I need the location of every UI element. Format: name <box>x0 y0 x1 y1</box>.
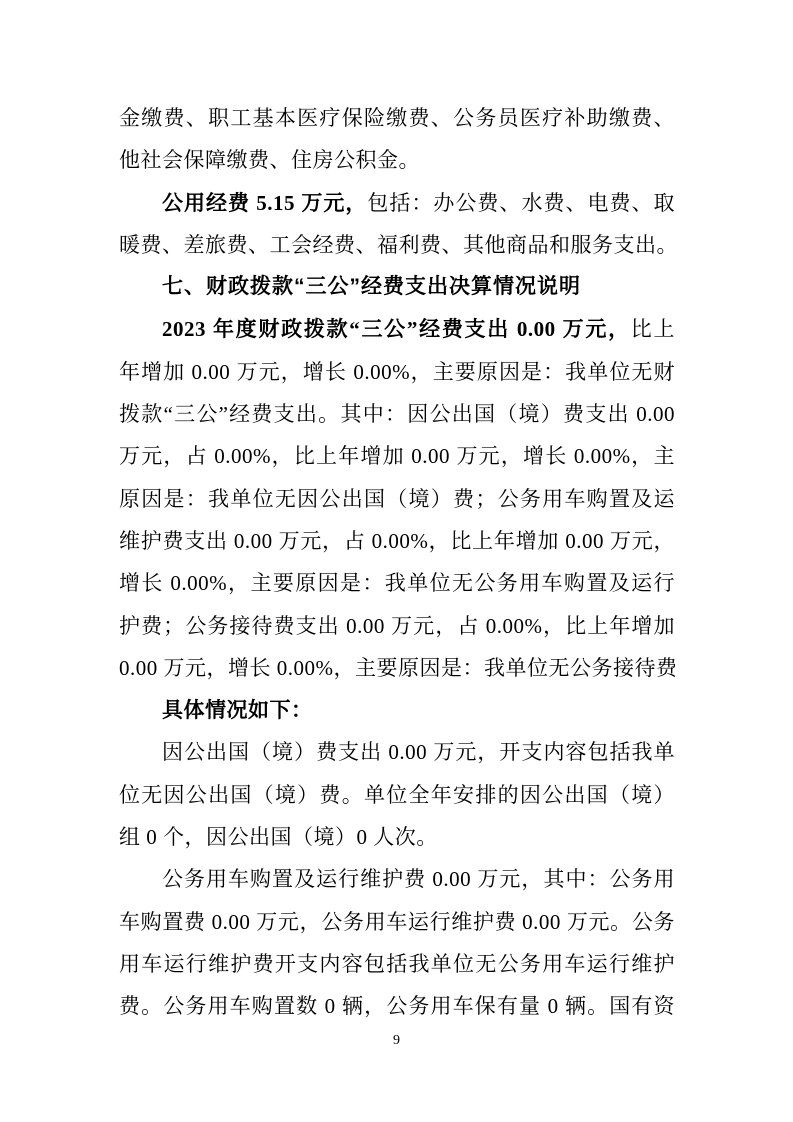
text-run: 年增加 0.00 万元，增长 0.00%，主要原因是：我单位无财政 <box>119 360 675 393</box>
document-line: 0.00 万元，增长 0.00%，主要原因是：我单位无公务接待费。 <box>119 647 675 689</box>
document-page: 金缴费、职工基本医疗保险缴费、公务员医疗补助缴费、其他社会保障缴费、住房公积金。… <box>0 0 793 1122</box>
text-run: 0.00 万元，增长 0.00%，主要原因是：我单位无公务接待费。 <box>119 656 675 680</box>
document-line: 位无因公出国（境）费。单位全年安排的因公出国（境）团 <box>119 774 675 816</box>
text-run: 护费；公务接待费支出 0.00 万元，占 0.00%，比上年增加 <box>119 614 675 638</box>
text-run: 因公出国（境）费支出 0.00 万元，开支内容包括我单 <box>162 740 675 764</box>
text-run: 具体情况如下： <box>162 698 313 722</box>
text-run: 维护费支出 0.00 万元，占 0.00%，比上年增加 0.00 万元， <box>119 529 675 553</box>
page-number: 9 <box>0 1033 793 1049</box>
text-run: 金缴费、职工基本医疗保险缴费、公务员医疗补助缴费、其 <box>119 106 675 139</box>
text-run: 包括：办公费、水费、电费、取 <box>367 191 675 215</box>
text-run: 用车运行维护费开支内容包括我单位无公务用车运行维护 <box>119 952 675 976</box>
text-run: 他社会保障缴费、住房公积金。 <box>119 148 420 172</box>
text-run: 组 0 个，因公出国（境）0 人次。 <box>119 825 438 849</box>
document-line: 护费；公务接待费支出 0.00 万元，占 0.00%，比上年增加 <box>119 605 675 647</box>
document-line: 金缴费、职工基本医疗保险缴费、公务员医疗补助缴费、其 <box>119 97 675 139</box>
text-run: 拨款“三公”经费支出。其中：因公出国（境）费支出 0.00 <box>119 402 675 426</box>
document-line: 他社会保障缴费、住房公积金。 <box>119 139 675 181</box>
document-line: 暖费、差旅费、工会经费、福利费、其他商品和服务支出。 <box>119 224 675 266</box>
text-run: 原因是：我单位无因公出国（境）费；公务用车购置及运行 <box>119 487 675 520</box>
document-line: 原因是：我单位无因公出国（境）费；公务用车购置及运行 <box>119 478 675 520</box>
document-line: 具体情况如下： <box>119 689 675 731</box>
text-run: 位无因公出国（境）费。单位全年安排的因公出国（境）团 <box>119 783 675 816</box>
text-run: 万元，占 0.00%，比上年增加 0.00 万元，增长 0.00%，主要 <box>119 444 675 477</box>
document-line: 公务用车购置及运行维护费 0.00 万元，其中：公务用 <box>119 858 675 900</box>
document-line: 费。公务用车购置数 0 辆，公务用车保有量 0 辆。国有资产 <box>119 985 675 1027</box>
text-run: 2023 年度财政拨款“三公”经费支出 0.00 万元， <box>162 317 631 341</box>
document-line: 拨款“三公”经费支出。其中：因公出国（境）费支出 0.00 <box>119 393 675 435</box>
document-line: 组 0 个，因公出国（境）0 人次。 <box>119 816 675 858</box>
section-heading: 七、财政拨款“三公”经费支出决算情况说明 <box>119 266 675 308</box>
text-run: 公用经费 5.15 万元， <box>162 191 367 215</box>
text-run: 七、财政拨款“三公”经费支出决算情况说明 <box>162 275 581 298</box>
document-line: 用车运行维护费开支内容包括我单位无公务用车运行维护 <box>119 943 675 985</box>
document-body: 金缴费、职工基本医疗保险缴费、公务员医疗补助缴费、其他社会保障缴费、住房公积金。… <box>119 97 675 1028</box>
text-run: 暖费、差旅费、工会经费、福利费、其他商品和服务支出。 <box>119 233 675 257</box>
document-line: 年增加 0.00 万元，增长 0.00%，主要原因是：我单位无财政 <box>119 351 675 393</box>
text-run: 增长 0.00%，主要原因是：我单位无公务用车购置及运行维 <box>119 571 675 604</box>
document-line: 因公出国（境）费支出 0.00 万元，开支内容包括我单 <box>119 731 675 773</box>
document-line: 万元，占 0.00%，比上年增加 0.00 万元，增长 0.00%，主要 <box>119 435 675 477</box>
document-line: 增长 0.00%，主要原因是：我单位无公务用车购置及运行维 <box>119 562 675 604</box>
document-line: 2023 年度财政拨款“三公”经费支出 0.00 万元，比上 <box>119 308 675 350</box>
text-run: 车购置费 0.00 万元，公务用车运行维护费 0.00 万元。公务 <box>119 910 675 934</box>
text-run: 公务用车购置及运行维护费 0.00 万元，其中：公务用 <box>162 867 675 891</box>
document-line: 公用经费 5.15 万元，包括：办公费、水费、电费、取 <box>119 182 675 224</box>
document-line: 车购置费 0.00 万元，公务用车运行维护费 0.00 万元。公务 <box>119 901 675 943</box>
text-run: 费。公务用车购置数 0 辆，公务用车保有量 0 辆。国有资产 <box>119 994 675 1027</box>
document-line: 维护费支出 0.00 万元，占 0.00%，比上年增加 0.00 万元， <box>119 520 675 562</box>
text-run: 比上 <box>631 317 675 341</box>
